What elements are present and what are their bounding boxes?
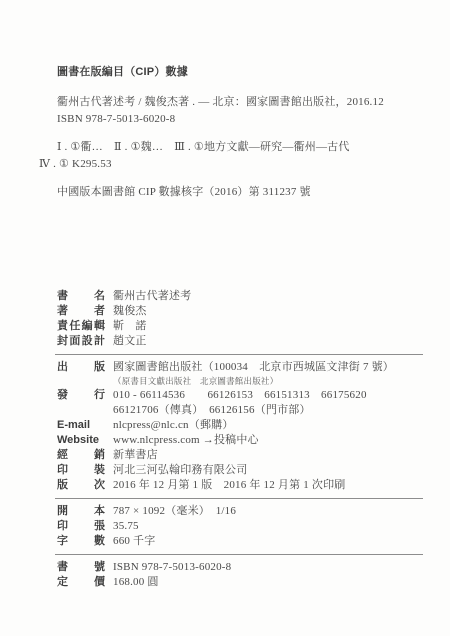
- row-label: 責任編輯: [57, 319, 105, 334]
- cip-heading: 圖書在版編目（CIP）數據: [57, 64, 424, 81]
- divider: [55, 554, 423, 555]
- divider: [55, 498, 423, 499]
- row-value: 787 × 1092（毫米） 1/16: [113, 504, 425, 519]
- colophon-page: 圖書在版編目（CIP）數據 衢州古代著述考 / 魏俊杰著 . — 北京：國家圖書…: [0, 0, 450, 636]
- row-book-title: 書 名 衢州古代著述考: [57, 289, 425, 304]
- row-value: 010 - 66114536 66126153 66151313 6617562…: [113, 388, 425, 418]
- row-label: 經 銷: [57, 448, 105, 463]
- row-value: 35.75: [113, 519, 425, 534]
- row-word-count: 字 數 660 千字: [57, 534, 425, 549]
- row-value: ISBN 978-7-5013-6020-8: [113, 560, 425, 575]
- row-label: 出 版: [57, 360, 105, 375]
- row-isbn: 書 號 ISBN 978-7-5013-6020-8: [57, 560, 425, 575]
- row-website: Website www.nlcpress.com →投稿中心: [57, 433, 425, 448]
- row-distribution: 發 行 010 - 66114536 66126153 66151313 661…: [57, 388, 425, 418]
- row-email: E-mail nlcpress@nlc.cn（郵購）: [57, 418, 425, 433]
- row-value: 168.00 圓: [113, 575, 425, 590]
- row-label: 開 本: [57, 504, 105, 519]
- row-value: 2016 年 12 月第 1 版 2016 年 12 月第 1 次印刷: [113, 478, 425, 493]
- row-edition: 版 次 2016 年 12 月第 1 版 2016 年 12 月第 1 次印刷: [57, 478, 425, 493]
- phone-line1: 010 - 66114536 66126153 66151313 6617562…: [113, 388, 425, 403]
- row-value: nlcpress@nlc.cn（郵購）: [113, 418, 425, 433]
- row-sheets: 印 張 35.75: [57, 519, 425, 534]
- cip-section: 圖書在版編目（CIP）數據 衢州古代著述考 / 魏俊杰著 . — 北京：國家圖書…: [57, 64, 424, 201]
- row-label: E-mail: [57, 418, 105, 433]
- phone-line2: 66121706（傳真） 66126156（門市部）: [113, 403, 425, 418]
- row-value: 靳 諾: [113, 319, 425, 334]
- row-label: 封面設計: [57, 334, 105, 349]
- row-label: 定 價: [57, 575, 105, 590]
- row-author: 著 者 魏俊杰: [57, 304, 425, 319]
- row-value: 趙文正: [113, 334, 425, 349]
- row-value: www.nlcpress.com →投稿中心: [113, 433, 425, 448]
- row-label: 字 數: [57, 534, 105, 549]
- row-label: 書 名: [57, 289, 105, 304]
- cip-class-line2: Ⅳ . ① K295.53: [39, 156, 424, 173]
- cip-class-line1: Ⅰ . ①衢… Ⅱ . ①魏… Ⅲ . ①地方文獻—研究—衢州—古代: [57, 139, 424, 156]
- row-value: 魏俊杰: [113, 304, 425, 319]
- row-editor: 責任編輯 靳 諾: [57, 319, 425, 334]
- row-value: 衢州古代著述考: [113, 289, 425, 304]
- row-label: 印 張: [57, 519, 105, 534]
- row-format: 開 本 787 × 1092（毫米） 1/16: [57, 504, 425, 519]
- row-publisher: 出 版 國家圖書館出版社（100034 北京市西城區文津街 7 號） （原書目文…: [57, 360, 425, 388]
- row-cover-design: 封面設計 趙文正: [57, 334, 425, 349]
- row-label: 發 行: [57, 388, 105, 403]
- colophon-table: 書 名 衢州古代著述考 著 者 魏俊杰 責任編輯 靳 諾 封面設計 趙文正 出 …: [57, 289, 425, 590]
- row-label: Website: [57, 433, 105, 448]
- row-seller: 經 銷 新華書店: [57, 448, 425, 463]
- row-printer: 印 裝 河北三河弘翰印務有限公司: [57, 463, 425, 478]
- divider: [55, 354, 423, 355]
- row-label: 著 者: [57, 304, 105, 319]
- publisher-former-names: （原書目文獻出版社 北京圖書館出版社）: [113, 375, 425, 388]
- cip-record-line: 中國版本圖書館 CIP 數據核字（2016）第 311237 號: [57, 184, 424, 201]
- row-label: 版 次: [57, 478, 105, 493]
- row-price: 定 價 168.00 圓: [57, 575, 425, 590]
- row-value: 河北三河弘翰印務有限公司: [113, 463, 425, 478]
- cip-isbn-line: ISBN 978-7-5013-6020-8: [57, 111, 424, 128]
- row-value: 660 千字: [113, 534, 425, 549]
- cip-title-line: 衢州古代著述考 / 魏俊杰著 . — 北京：國家圖書館出版社，2016.12: [57, 94, 424, 111]
- row-label: 書 號: [57, 560, 105, 575]
- row-value: 新華書店: [113, 448, 425, 463]
- row-label: 印 裝: [57, 463, 105, 478]
- row-value: 國家圖書館出版社（100034 北京市西城區文津街 7 號） （原書目文獻出版社…: [113, 360, 425, 388]
- publisher-main: 國家圖書館出版社（100034 北京市西城區文津街 7 號）: [113, 360, 425, 375]
